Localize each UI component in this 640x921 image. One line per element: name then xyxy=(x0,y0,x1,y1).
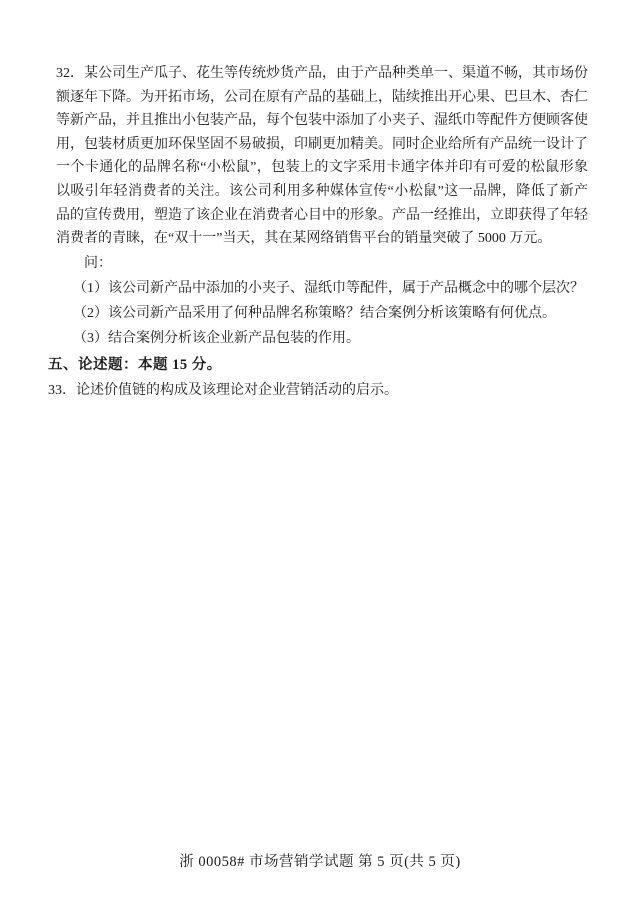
section-5-heading: 五、论述题：本题 15 分。 xyxy=(48,353,594,378)
question-32-line-8: 消费者的青睐，在“双十一”当天，其在某网络销售平台的销量突破了 5000 万元。 xyxy=(56,227,588,251)
question-32-block: 32．某公司生产瓜子、花生等传统炒货产品，由于产品种类单一、渠道不畅，其市场份 … xyxy=(48,62,594,351)
question-32-sub-question-2: （2）该公司新产品采用了何种品牌名称策略？结合案例分析该策略有何优点。 xyxy=(73,301,594,326)
exam-page: 32．某公司生产瓜子、花生等传统炒货产品，由于产品种类单一、渠道不畅，其市场份 … xyxy=(0,0,640,921)
page-content: 32．某公司生产瓜子、花生等传统炒货产品，由于产品种类单一、渠道不畅，其市场份 … xyxy=(48,62,594,403)
question-32-line-7: 品的宣传费用，塑造了该企业在消费者心目中的形象。产品一经推出，立即获得了年轻 xyxy=(56,204,588,228)
question-32-prompt-label: 问： xyxy=(84,251,594,276)
question-32-sub-question-3: （3）结合案例分析该企业新产品包装的作用。 xyxy=(73,326,594,351)
question-32-line-1: 32．某公司生产瓜子、花生等传统炒货产品，由于产品种类单一、渠道不畅，其市场份 xyxy=(56,62,588,86)
page-footer: 浙 00058# 市场营销学试题 第 5 页(共 5 页) xyxy=(0,853,640,871)
question-32-line-3: 等新产品，并且推出小包装产品，每个包装中添加了小夹子、湿纸巾等配件方便顾客使 xyxy=(56,109,588,133)
question-32-line-4: 用，包装材质更加环保坚固不易破损，印刷更加精美。同时企业给所有产品统一设计了 xyxy=(56,133,588,157)
question-32-line-6: 以吸引年轻消费者的关注。该公司利用多种媒体宣传“小松鼠”这一品牌，降低了新产 xyxy=(56,180,588,204)
question-33-text: 33．论述价值链的构成及该理论对企业营销活动的启示。 xyxy=(48,378,594,403)
question-32-line-5: 一个卡通化的品牌名称“小松鼠”，包装上的文字采用卡通字体并印有可爱的松鼠形象 xyxy=(56,156,588,180)
question-32-sub-question-1: （1）该公司新产品中添加的小夹子、湿纸巾等配件，属于产品概念中的哪个层次？ xyxy=(73,276,594,301)
question-32-line-2: 额逐年下降。为开拓市场，公司在原有产品的基础上，陆续推出开心果、巴旦木、杏仁 xyxy=(56,86,588,110)
